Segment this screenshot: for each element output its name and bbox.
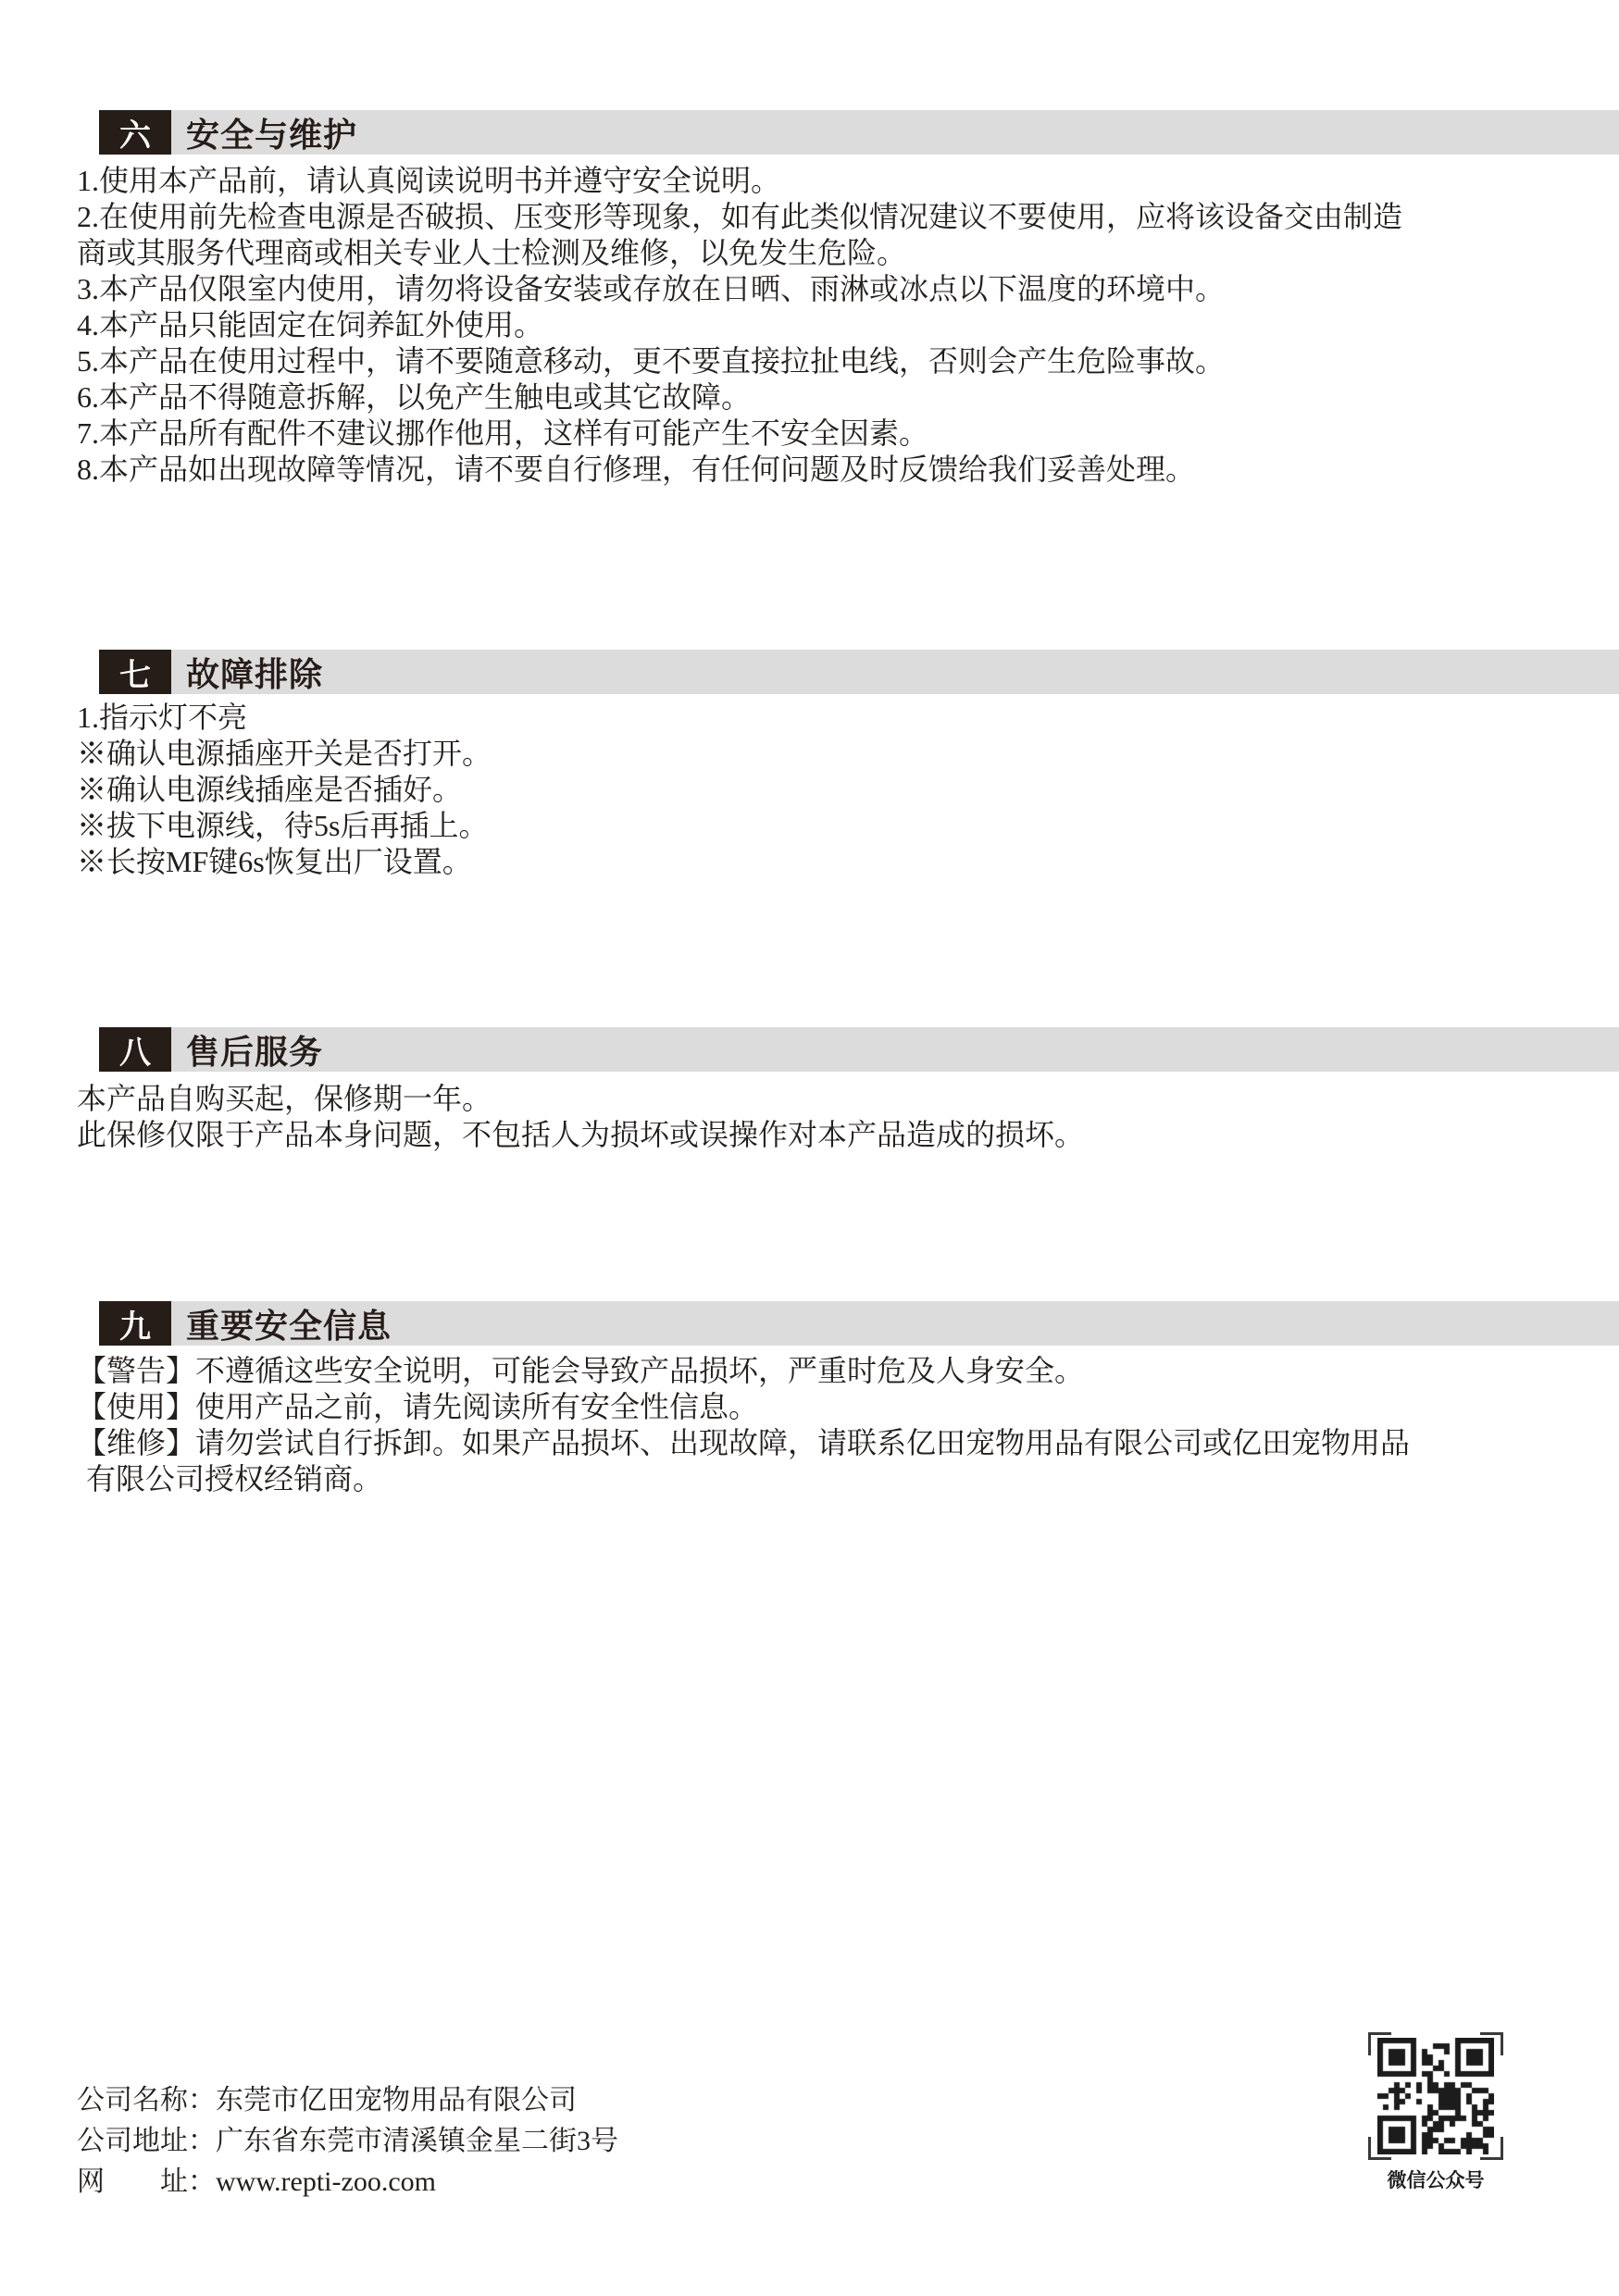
text-line: 【使用】使用产品之前，请先阅读所有安全性信息。 <box>77 1389 1582 1425</box>
text-line: ※确认电源插座开关是否打开。 <box>77 736 1582 772</box>
text-line: 有限公司授权经销商。 <box>77 1461 1582 1497</box>
section-title: 重要安全信息 <box>171 1300 392 1347</box>
section-body-troubleshooting: 1.指示灯不亮 ※确认电源插座开关是否打开。 ※确认电源线插座是否插好。 ※拔下… <box>77 700 1582 880</box>
text-line: 本产品自购买起，保修期一年。 <box>77 1081 1582 1117</box>
section-body-important-safety: 【警告】不遵循这些安全说明，可能会导致产品损坏，严重时危及人身安全。 【使用】使… <box>77 1353 1582 1497</box>
company-address: 公司地址：广东省东莞市清溪镇金星二街3号 <box>77 2121 618 2162</box>
text-line: ※拔下电源线，待5s后再插上。 <box>77 808 1582 844</box>
section-body-after-sales: 本产品自购买起，保修期一年。 此保修仅限于产品本身问题，不包括人为损坏或误操作对… <box>77 1081 1582 1153</box>
text-line: 此保修仅限于产品本身问题，不包括人为损坏或误操作对本产品造成的损坏。 <box>77 1117 1582 1153</box>
section-number-badge: 六 <box>99 110 171 155</box>
text-line: 3.本产品仅限室内使用，请勿将设备安装或存放在日晒、雨淋或冰点以下温度的环境中。 <box>77 271 1582 307</box>
section-header-important-safety: 九 重要安全信息 <box>99 1301 1619 1346</box>
text-line: 1.使用本产品前，请认真阅读说明书并遵守安全说明。 <box>77 163 1582 199</box>
wechat-qr-block <box>1368 2032 1503 2160</box>
text-line: 【警告】不遵循这些安全说明，可能会导致产品损坏，严重时危及人身安全。 <box>77 1353 1582 1389</box>
text-line: 商或其服务代理商或相关专业人士检测及维修，以免发生危险。 <box>77 235 1582 271</box>
text-line: 1.指示灯不亮 <box>77 700 1582 736</box>
text-line: 8.本产品如出现故障等情况，请不要自行修理，有任何问题及时反馈给我们妥善处理。 <box>77 452 1582 488</box>
qr-code-icon <box>1377 2038 1494 2154</box>
section-number-badge: 八 <box>99 1027 171 1072</box>
section-number-badge: 九 <box>99 1301 171 1346</box>
qr-caption: 微信公众号 <box>1368 2166 1503 2193</box>
section-body-safety-maintenance: 1.使用本产品前，请认真阅读说明书并遵守安全说明。 2.在使用前先检查电源是否破… <box>77 163 1582 488</box>
manual-page: 六 安全与维护 1.使用本产品前，请认真阅读说明书并遵守安全说明。 2.在使用前… <box>0 0 1619 2296</box>
text-line: 2.在使用前先检查电源是否破损、压变形等现象，如有此类似情况建议不要使用，应将该… <box>77 199 1582 235</box>
section-title: 售后服务 <box>171 1026 323 1074</box>
company-name: 公司名称：东莞市亿田宠物用品有限公司 <box>77 2080 618 2121</box>
section-title: 故障排除 <box>171 649 323 696</box>
section-header-after-sales: 八 售后服务 <box>99 1027 1619 1072</box>
section-title: 安全与维护 <box>171 109 357 156</box>
text-line: 7.本产品所有配件不建议挪作他用，这样有可能产生不安全因素。 <box>77 416 1582 452</box>
text-line: ※确认电源线插座是否插好。 <box>77 772 1582 808</box>
section-header-troubleshooting: 七 故障排除 <box>99 650 1619 694</box>
company-info: 公司名称：东莞市亿田宠物用品有限公司 公司地址：广东省东莞市清溪镇金星二街3号 … <box>77 2080 618 2203</box>
text-line: ※长按MF键6s恢复出厂设置。 <box>77 844 1582 880</box>
section-header-safety-maintenance: 六 安全与维护 <box>99 110 1619 155</box>
company-website: 网 址：www.repti-zoo.com <box>77 2162 618 2203</box>
text-line: 4.本产品只能固定在饲养缸外使用。 <box>77 307 1582 343</box>
text-line: 5.本产品在使用过程中，请不要随意移动，更不要直接拉扯电线，否则会产生危险事故。 <box>77 343 1582 379</box>
text-line: 【维修】请勿尝试自行拆卸。如果产品损坏、出现故障，请联系亿田宠物用品有限公司或亿… <box>77 1425 1582 1461</box>
section-number-badge: 七 <box>99 650 171 694</box>
text-line: 6.本产品不得随意拆解，以免产生触电或其它故障。 <box>77 379 1582 416</box>
